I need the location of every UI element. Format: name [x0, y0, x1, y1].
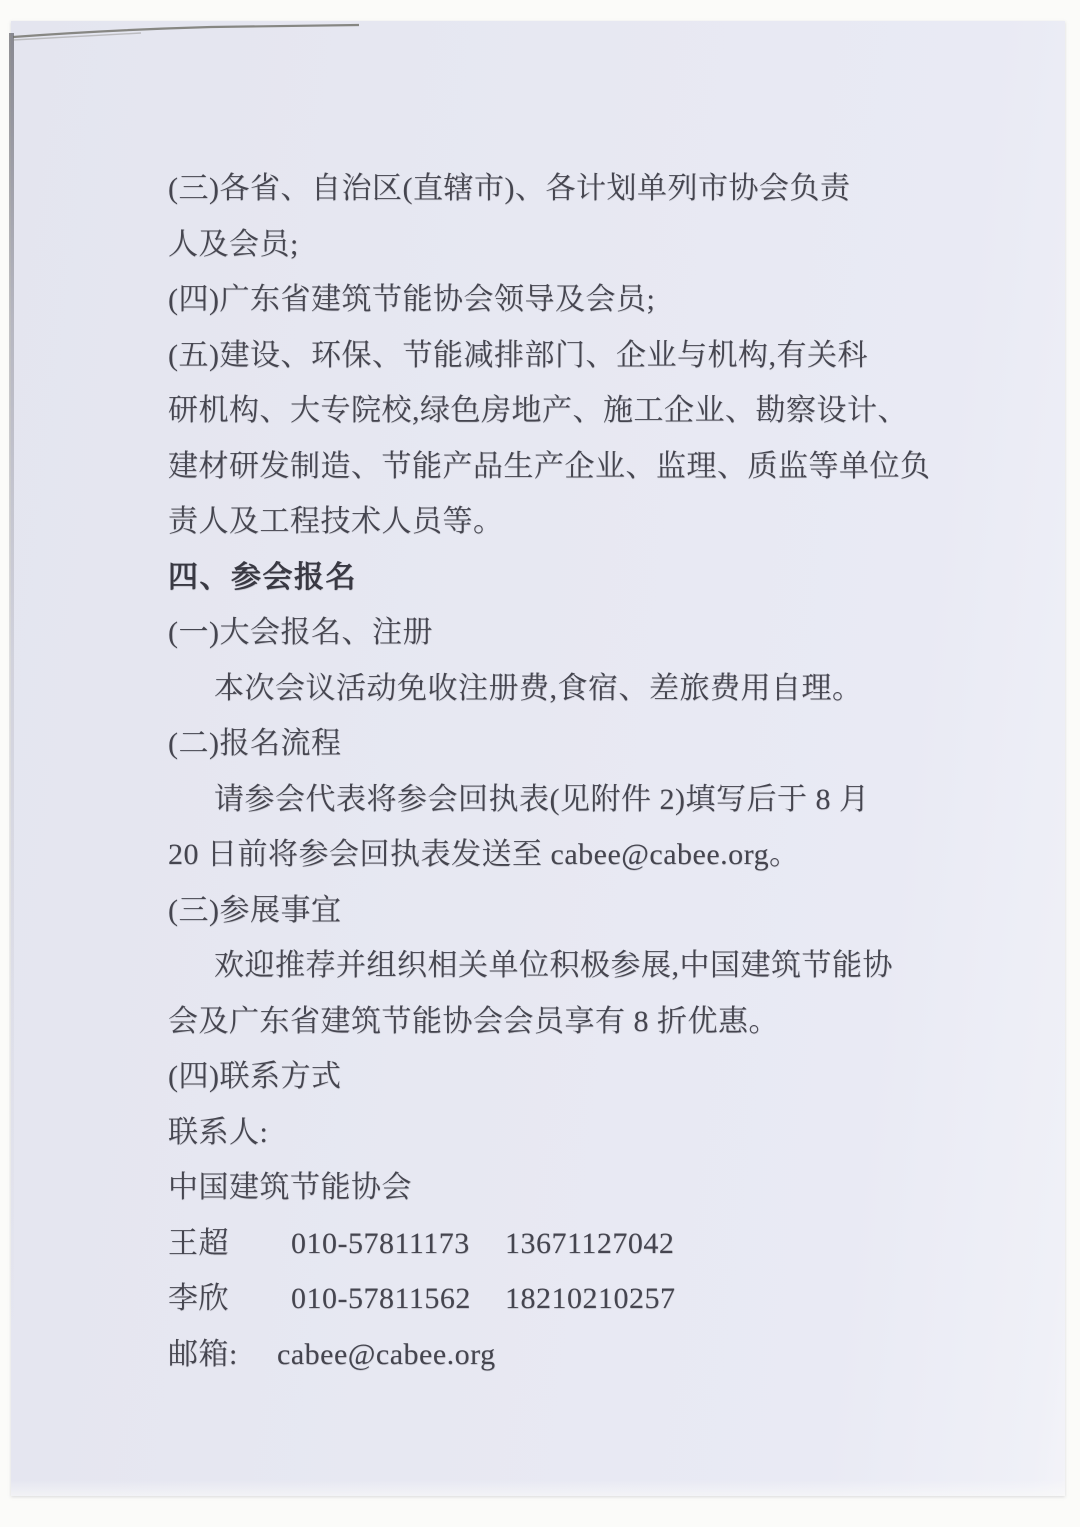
scan-crease-line	[11, 21, 431, 57]
scan-background: (三)各省、自治区(直辖市)、各计划单列市协会负责 人及会员; (四)广东省建筑…	[0, 0, 1080, 1527]
contact-landline: 010-57811562	[291, 1271, 505, 1327]
contact-landline: 010-57811173	[291, 1216, 505, 1272]
document-text: (三)各省、自治区(直辖市)、各计划单列市协会负责 人及会员; (四)广东省建筑…	[168, 161, 958, 1382]
contact-subheading: (四)联系方式	[168, 1049, 958, 1105]
attendee-category-5-line1: (五)建设、环保、节能减排部门、企业与机构,有关科	[168, 328, 958, 384]
contact-organization: 中国建筑节能协会	[168, 1160, 958, 1216]
attendee-category-5-line4: 责人及工程技术人员等。	[168, 494, 958, 550]
exhibition-line1: 欢迎推荐并组织相关单位积极参展,中国建筑节能协	[168, 938, 958, 994]
contact-mobile: 13671127042	[505, 1216, 674, 1272]
contact-mobile: 18210210257	[505, 1271, 676, 1327]
registration-subheading: (一)大会报名、注册	[168, 605, 958, 661]
process-subheading: (二)报名流程	[168, 716, 958, 772]
attendee-category-3-line1: (三)各省、自治区(直辖市)、各计划单列市协会负责	[168, 161, 958, 217]
process-line1: 请参会代表将参会回执表(见附件 2)填写后于 8 月	[168, 772, 958, 828]
process-line2: 20 日前将参会回执表发送至 cabee@cabee.org。	[168, 827, 958, 883]
contact-email-row: 邮箱: cabee@cabee.org	[168, 1327, 958, 1383]
exhibition-line2: 会及广东省建筑节能协会会员享有 8 折优惠。	[168, 994, 958, 1050]
contact-name: 王超	[168, 1216, 291, 1272]
section-4-heading: 四、参会报名	[168, 550, 958, 606]
scanned-page: (三)各省、自治区(直辖市)、各计划单列市协会负责 人及会员; (四)广东省建筑…	[11, 21, 1065, 1496]
contact-name: 李欣	[168, 1271, 291, 1327]
attendee-category-5-line2: 研机构、大专院校,绿色房地产、施工企业、勘察设计、	[168, 383, 958, 439]
contact-row-li-xin: 李欣 010-57811562 18210210257	[168, 1271, 958, 1327]
attendee-category-3-line2: 人及会员;	[168, 217, 958, 273]
contact-person-label: 联系人:	[168, 1105, 958, 1161]
attendee-category-4: (四)广东省建筑节能协会领导及会员;	[168, 272, 958, 328]
email-label: 邮箱:	[168, 1327, 277, 1383]
attendee-category-5-line3: 建材研发制造、节能产品生产企业、监理、质监等单位负	[168, 439, 958, 495]
exhibition-subheading: (三)参展事宜	[168, 883, 958, 939]
registration-note: 本次会议活动免收注册费,食宿、差旅费用自理。	[168, 661, 958, 717]
page-edge-shadow	[9, 33, 14, 1333]
contact-row-wang-chao: 王超 010-57811173 13671127042	[168, 1216, 958, 1272]
email-address: cabee@cabee.org	[277, 1327, 496, 1383]
